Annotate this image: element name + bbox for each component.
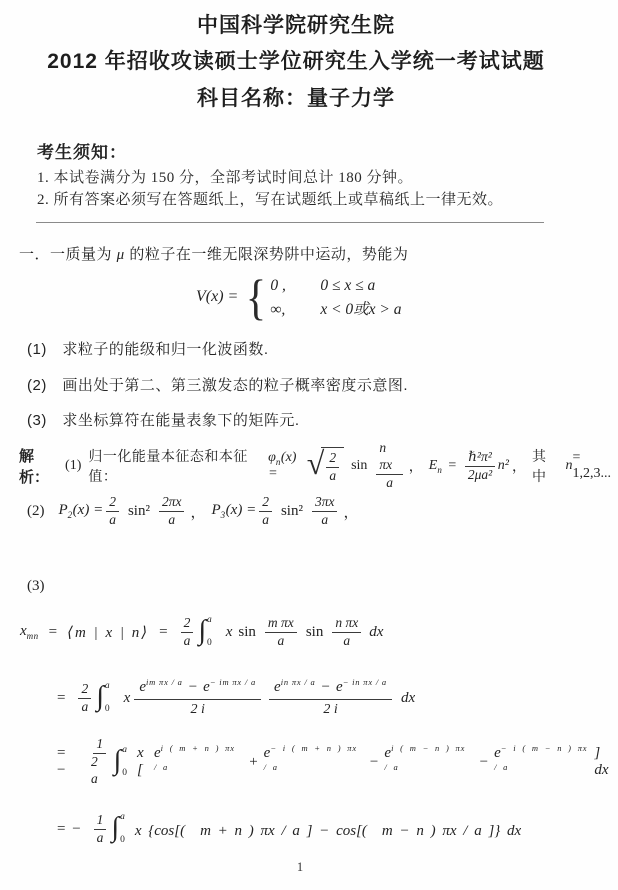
piecewise-cases: 0 , 0 ≤ x ≤ a ∞, x < 0或x > a <box>270 275 401 320</box>
denominator-2i: 2 i <box>190 700 204 719</box>
fraction-1-2a: 12 a <box>91 736 109 788</box>
header-title-line3: 科目名称：量子力学 <box>0 82 592 112</box>
phi-term: φn(x) = <box>268 450 306 483</box>
solution-part2: (2) P2(x) = 2a sin² 2πxa ， P3(x) = 2a si… <box>27 489 365 533</box>
e-base: e <box>336 679 343 695</box>
document-page: 中国科学院研究生院 2012 年招收攻读硕士学位研究生入学统一考试试题 科目名称… <box>0 0 618 890</box>
n-variable: n <box>566 458 573 474</box>
problem-intro-post: 的粒子在一维无限深势阱中运动，势能为 <box>125 246 409 263</box>
solution-label: 解析： <box>19 445 60 487</box>
piecewise-brace-icon: { <box>246 272 266 322</box>
exp-term-2: e− i ( m + n ) πx / a <box>264 743 364 781</box>
equals-minus-sign: = − <box>57 745 78 779</box>
equation-line-3: = − 12 a ∫a0 x [ ei ( m + n ) πx / a + e… <box>47 740 618 784</box>
braket-term: ⟨m | x | n⟩ <box>67 623 149 642</box>
e-exponent: in πx / a <box>281 677 316 687</box>
header-title-line2: 2012 年招收攻读硕士学位研究生入学统一考试试题 <box>0 45 592 75</box>
e-exponent: − i ( m − n ) πx / a <box>494 743 587 772</box>
equals-sign: = <box>57 690 65 707</box>
page-number: 1 <box>0 860 600 875</box>
P3-term: P3(x) = <box>212 502 257 520</box>
potential-lhs: V(x) = <box>196 288 238 306</box>
e-exponent: i ( m − n ) πx / a <box>384 743 465 772</box>
x-variable: x <box>226 624 233 641</box>
x-variable: x <box>124 690 131 707</box>
comma: ， <box>409 456 423 476</box>
case1-condition: 0 ≤ x ≤ a <box>320 275 375 296</box>
sin-operator: sin <box>238 624 256 641</box>
comma: ， <box>343 501 358 522</box>
question-3: (3) 求坐标算符在能量表象下的矩阵元. <box>27 409 300 430</box>
case2-condition: x < 0或x > a <box>320 299 401 320</box>
fraction-2a: 2a <box>106 494 119 529</box>
case-row-2: ∞, x < 0或x > a <box>270 299 401 320</box>
integral: ∫a0 <box>198 616 211 648</box>
minus-sign: − <box>480 754 488 771</box>
fraction-2a: 2a <box>181 615 194 650</box>
integral: ∫a0 <box>96 682 109 714</box>
n-range: = 1,2,3... <box>573 450 618 482</box>
fraction-mpix: m πxa <box>265 615 297 650</box>
integral: ∫a0 <box>111 813 124 845</box>
exp-term-4: e− i ( m − n ) πx / a <box>494 743 594 781</box>
question-2: (2) 画出处于第二、第三激发态的粒子概率密度示意图. <box>27 374 408 395</box>
integral-upper: a <box>105 682 110 692</box>
bracket-close-dx: ] dx <box>594 745 618 779</box>
section-divider <box>36 222 544 223</box>
fraction-2a: 2a <box>78 681 91 716</box>
equals-sign: = <box>159 624 167 641</box>
mu-symbol: μ <box>117 247 125 263</box>
fraction-3pix: 3πxa <box>312 494 338 529</box>
P2-args: (x) = <box>73 502 104 518</box>
fraction-npx-over-a: n πxa <box>376 440 402 492</box>
cos-expression: x {cos[( m + n ) πx / a ] − cos[( m − n … <box>135 819 521 840</box>
part3-number: (3) <box>27 578 45 595</box>
exp-term-1: ei ( m + n ) πx / a <box>154 743 243 781</box>
integral-lower: 0 <box>122 769 127 779</box>
equals-sign: = <box>49 624 57 641</box>
denominator-2i: 2 i <box>323 700 337 719</box>
P2-base: P <box>59 502 68 518</box>
fraction-2-over-a: 2a <box>326 450 339 485</box>
fraction-2pix: 2πxa <box>159 494 185 529</box>
integral-icon: ∫ <box>111 814 119 842</box>
e-base: e <box>274 679 281 695</box>
equation-line-1: xmn = ⟨m | x | n⟩ = 2a ∫a0 x sin m πxa s… <box>20 608 383 656</box>
e-exponent: − i ( m + n ) πx / a <box>264 743 357 772</box>
exp-fraction-m: eim πx / a−e− im πx / a 2 i <box>134 677 261 720</box>
equation-line-4: = − 1a ∫a0 x {cos[( m + n ) πx / a ] − c… <box>47 807 521 851</box>
P3-args: (x) = <box>226 502 257 518</box>
minus-sign: − <box>322 679 330 695</box>
case1-value: 0 , <box>270 275 304 296</box>
potential-equation: V(x) = { 0 , 0 ≤ x ≤ a ∞, x < 0或x > a <box>196 272 402 322</box>
integral-upper: a <box>207 616 212 626</box>
part1-text: 归一化能量本征态和本征值： <box>88 446 260 486</box>
e-exponent: i ( m + n ) πx / a <box>154 743 235 772</box>
notice-title: 考生须知： <box>37 138 127 163</box>
e-base: e <box>154 745 161 761</box>
integral: ∫a0 <box>114 746 127 778</box>
x-base: x <box>20 623 27 639</box>
fraction-2a: 2a <box>259 494 272 529</box>
minus-sign: − <box>189 679 197 695</box>
e-base: e <box>494 745 501 761</box>
sin-operator: sin <box>351 458 367 474</box>
sin-squared-operator: sin² <box>281 503 303 520</box>
problem-intro-pre: 一．一质量为 <box>19 246 117 263</box>
e-base: e <box>139 679 146 695</box>
x-bracket-open: x [ <box>137 745 154 779</box>
equation-line-2: = 2a ∫a0 x eim πx / a−e− im πx / a 2 i e… <box>47 672 415 724</box>
sin-squared-operator: sin² <box>128 503 150 520</box>
e-exponent: − in πx / a <box>343 677 387 687</box>
fraction-npix: n πxa <box>332 615 361 650</box>
equals-sign: = <box>448 458 456 474</box>
e-base: e <box>203 679 210 695</box>
minus-sign: − <box>370 754 378 771</box>
E-subscript: n <box>437 464 442 474</box>
radical-icon: √ <box>307 449 325 478</box>
exp-fraction-n: ein πx / a−e− in πx / a 2 i <box>269 677 392 720</box>
notice-item-2: 2. 所有答案必须写在答题纸上，写在试题纸上或草稿纸上一律无效。 <box>37 188 503 209</box>
fraction-hbar: ℏ²π²2μa² <box>465 449 495 484</box>
plus-sign: + <box>249 754 257 771</box>
integral-lower: 0 <box>105 705 110 715</box>
phi-base: φ <box>268 450 276 465</box>
integral-icon: ∫ <box>198 617 206 645</box>
sin-operator: sin <box>306 624 324 641</box>
case2-value: ∞, <box>270 299 304 320</box>
where-label: 其中 <box>532 446 558 486</box>
integral-icon: ∫ <box>114 747 122 775</box>
exp-term-3: ei ( m − n ) πx / a <box>384 743 473 781</box>
n-squared: n² <box>498 458 509 474</box>
solution-part1: 解析： (1) 归一化能量本征态和本征值： φn(x) = √ 2a sin n… <box>19 444 618 488</box>
case-row-1: 0 , 0 ≤ x ≤ a <box>270 275 401 296</box>
e-exponent: im πx / a <box>146 677 183 687</box>
question-1: (1) 求粒子的能级和归一化波函数. <box>27 338 269 359</box>
part2-number: (2) <box>27 503 45 520</box>
part1-number: (1) <box>65 458 81 474</box>
P3-base: P <box>212 502 221 518</box>
comma: ， <box>190 501 205 522</box>
notice-item-1: 1. 本试卷满分为 150 分，全部考试时间总计 180 分钟。 <box>37 166 413 187</box>
comma: ， <box>512 456 526 476</box>
P2-term: P2(x) = <box>59 502 104 520</box>
dx-term: dx <box>401 690 415 707</box>
integral-icon: ∫ <box>96 683 104 711</box>
integral-lower: 0 <box>120 836 125 846</box>
equals-minus-sign: = − <box>57 821 81 838</box>
fraction-1-a: 1a <box>94 812 107 847</box>
integral-upper: a <box>120 813 125 823</box>
xmn-term: xmn <box>20 623 39 641</box>
dx-term: dx <box>369 624 383 641</box>
energy-term: En <box>429 458 443 475</box>
e-exponent: − im πx / a <box>210 677 256 687</box>
header-title-line1: 中国科学院研究生院 <box>0 9 592 39</box>
square-root: √ 2a <box>307 447 344 485</box>
problem-intro: 一．一质量为 μ 的粒子在一维无限深势阱中运动，势能为 <box>19 243 408 264</box>
mn-subscript: mn <box>27 631 39 641</box>
integral-lower: 0 <box>207 639 212 649</box>
integral-upper: a <box>122 746 127 756</box>
